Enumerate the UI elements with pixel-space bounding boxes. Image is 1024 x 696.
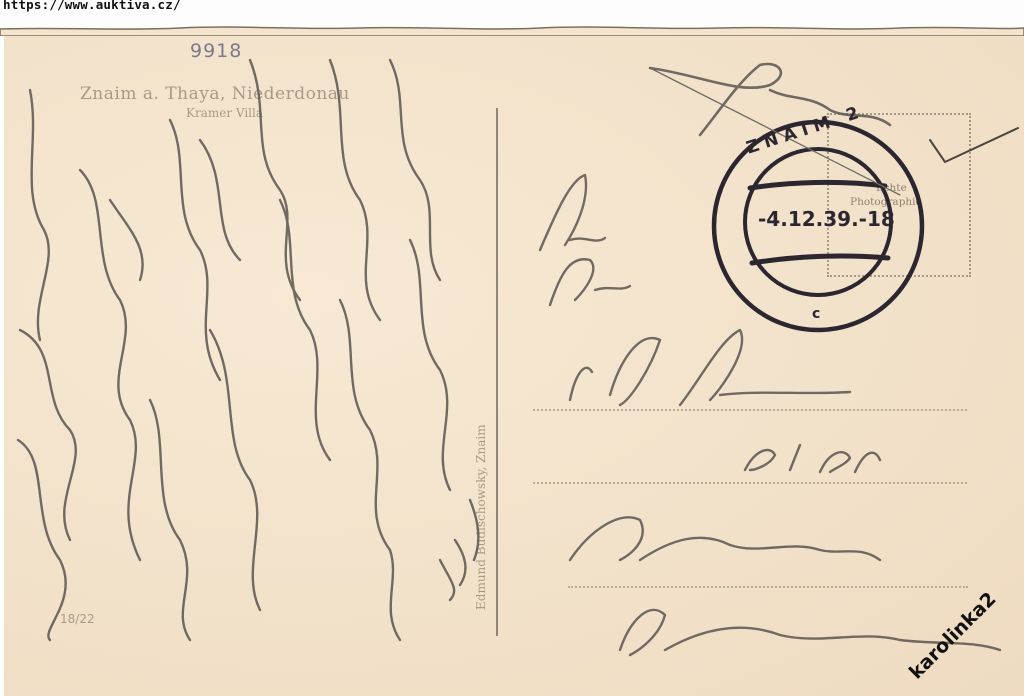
postmark-stamp xyxy=(650,68,922,330)
postmark-letter: c xyxy=(812,306,820,322)
handwriting-layer: -4.12.39.-18 c ZNAIM 2 xyxy=(0,0,1024,696)
postmark-date: -4.12.39.-18 xyxy=(758,207,895,231)
